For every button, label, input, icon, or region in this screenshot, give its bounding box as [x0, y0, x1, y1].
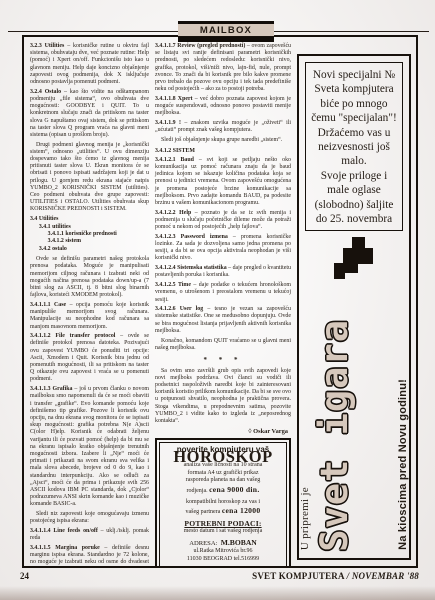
- author-byline: ◊ Oskar Varga: [155, 428, 288, 435]
- paragraph-text: Drugi podmeni glavnog menija je „korisni…: [30, 142, 149, 213]
- horoskop-price-2: cena 12000: [222, 506, 261, 515]
- paragraph: 3.4.1.1.8 Xpert– već dobro poznata zapov…: [155, 96, 291, 118]
- address-name: M.BOBAN: [221, 538, 257, 547]
- horoskop-offer-2-tail: vašeg partnera: [186, 509, 221, 515]
- ad-big-title: Svet igara: [313, 319, 356, 552]
- section-number: 3.4.1.1.8 Xpert: [155, 96, 195, 102]
- paragraph-text: Ovde se definišu parametri našeg protoko…: [30, 256, 149, 298]
- menu-listing: 3.4 Utilities 3.4.1 utilities 3.4.1.1 ko…: [30, 216, 149, 253]
- horoskop-address: ADRESA: M.BOBAN: [163, 539, 283, 547]
- page-footer: 24 SVET KOMPJUTERA / NOVEMBAR '88: [20, 571, 419, 581]
- horoskop-price-1: cena 9000 din.: [209, 485, 259, 494]
- address-label: ADRESA:: [189, 540, 217, 547]
- section-number: 3.4.1.1.3 Grafika: [30, 386, 74, 392]
- paragraph: 3.4.1.1.1 Case– opcija pomoću koje koris…: [30, 302, 149, 331]
- section-title: MAILBOX: [178, 24, 274, 36]
- paragraph: 3.4.1.1.4 Line feeds on/off– uklj./isklj…: [30, 528, 149, 542]
- paragraph: 3.4.1.1.3 Grafika– još u prvom članku o …: [30, 386, 149, 508]
- paragraph: 3.4.1.2.5 Time– daje podatke o tekućem h…: [155, 282, 291, 304]
- magazine-page: MAILBOX 3.2.3 Utilities– korisničke ruti…: [0, 0, 435, 600]
- paragraph-text: – kao što vidite na odštampanom podmenij…: [30, 89, 149, 138]
- paragraph-text: – još u prvom članku o novom mailboksu s…: [30, 386, 149, 507]
- horoskop-address-line: ul.Ratka Mitrovića br.96: [163, 548, 283, 555]
- paragraph-text: Sledi niz zapovesti koje omogućavaju izm…: [30, 511, 149, 524]
- section-number: 3.2.3 Utilities: [30, 43, 67, 49]
- paragraph: Sledi niz zapovesti koje omogućavaju izm…: [30, 511, 149, 525]
- paragraph: 3.4.1.1.9 !– znakom uzvika moguće je „ož…: [155, 120, 291, 134]
- article-column-left: 3.2.3 Utilities– korisničke rutine u okv…: [30, 43, 149, 560]
- paragraph: 3.4.1.2.6 User log– tesno je vezan sa za…: [155, 306, 291, 335]
- paragraph-text: Konačno, komandom QUIT vraćamo se u glav…: [155, 338, 291, 351]
- article-column-middle: 3.4.1.1.7 Review (pregled prednosti)– ov…: [155, 43, 291, 560]
- section-number: 3.4.1.1.4 Line feeds on/off: [30, 528, 101, 534]
- paragraph: 3.2.3 Utilities– korisničke rutine u okv…: [30, 43, 149, 86]
- section-number: 3.4.1.1.1 Case: [30, 302, 70, 308]
- horoskop-price-line: rodjenja. cena 9000 din.: [163, 486, 283, 495]
- horoskop-address-line: 11030 BEOGRAD tel.516999: [163, 556, 283, 563]
- subsection-heading: 3.4.1.2 SISTEM: [155, 148, 291, 155]
- paragraph: Konačno, komandom QUIT vraćamo se u glav…: [155, 338, 291, 352]
- ad-side-text-right: Na kioscima pred Novu godinu!: [397, 379, 409, 550]
- content-frame: 3.2.3 Utilities– korisničke rutine u okv…: [22, 35, 418, 568]
- section-number: 3.4.1.2.4 Sistemska statistika: [155, 265, 228, 271]
- heading-text: 3.4.1.2 SISTEM: [155, 148, 195, 154]
- paragraph: Sledi još objašnjenje skupa grupe naredb…: [155, 137, 291, 144]
- paragraph-text: Sledi još objašnjenje skupa grupe naredb…: [161, 137, 282, 143]
- paragraph: 3.2.4 Ostalo– kao što vidite na odštampa…: [30, 89, 149, 139]
- paragraph: 3.4.1.2.1 Baud– svi koji se petljaju neš…: [155, 157, 291, 207]
- paragraph: Sa ovim smo završili grub opis svih zapo…: [155, 368, 291, 426]
- paragraph: 3.4.1.2.2 Help– poznato je da se iz svih…: [155, 210, 291, 232]
- horoskop-body-tail: rodjenja.: [186, 488, 207, 494]
- section-number: 3.4.1.1.2 File transfer protocol: [30, 333, 120, 339]
- section-number: 3.4.1.2.5 Time: [155, 282, 193, 288]
- paragraph-text: – svi koji se petljaju nešto oko komunik…: [155, 157, 291, 206]
- issue-date: / NOVEMBAR '88: [347, 571, 419, 581]
- paragraph-text: Sa ovim smo završili grub opis svih zapo…: [155, 368, 291, 424]
- magazine-name: SVET KOMPJUTERA / NOVEMBAR '88: [252, 571, 419, 581]
- paragraph: 3.4.1.1.7 Review (pregled prednosti)– ov…: [155, 43, 291, 93]
- horoskop-ad: poverite kompjuteru vaš HOROSKOP analiza…: [155, 438, 291, 568]
- section-banner: MAILBOX: [178, 21, 274, 42]
- section-number: 3.4.1.1.5 Margina poruke: [30, 545, 104, 551]
- page-bottom-shadow: [0, 586, 435, 600]
- section-number: 3.4.1.2.6 User log: [155, 306, 207, 312]
- paragraph: 3.4.1.1.5 Margina poruke– definiše desnu…: [30, 545, 149, 568]
- paragraph: 3.4.1.2.3 Password izmena– promena koris…: [155, 234, 291, 263]
- horoskop-data-text: mesto datum i sat vašeg rodjenja: [163, 528, 283, 535]
- rotated-title-area: U pripremi je Svet igara Na kioscima pre…: [299, 294, 409, 558]
- paragraph: Ovde se definišu parametri našeg protoko…: [30, 256, 149, 299]
- paragraph-text: – korisničke rutine u okviru fajl sistem…: [30, 43, 149, 85]
- announcement-text: Novi specijalni № Sveta kompjutera biće …: [305, 62, 403, 231]
- horoskop-price-line-2: vašeg partnera cena 12000: [163, 507, 283, 516]
- section-number: 3.4.1.1.7 Review (pregled prednosti): [155, 43, 247, 49]
- section-number: 3.4.1.2.3 Password izmena: [155, 234, 233, 240]
- section-number: 3.4.1.2.2 Help: [155, 210, 195, 216]
- magazine-title: SVET KOMPJUTERA: [252, 571, 344, 581]
- svet-igara-ad: Novi specijalni № Sveta kompjutera biće …: [297, 54, 411, 560]
- ad-side-text-left: U pripremi je: [299, 487, 311, 550]
- paragraph-text: – ovde se definiše protokol prenosa dato…: [30, 333, 149, 382]
- horoskop-data-title: POTREBNI PODACI:: [163, 520, 283, 527]
- horoskop-title: HOROSKOP: [163, 453, 283, 460]
- horoskop-offer-2: kompatibilni horoskop za vas i: [163, 499, 283, 506]
- horoskop-ad-inner: poverite kompjuteru vaš HOROSKOP analiza…: [159, 442, 287, 568]
- paragraph: 3.4.1.1.2 File transfer protocol– ovde s…: [30, 333, 149, 383]
- section-number: 3.4.1.2.1 Baud: [155, 157, 199, 163]
- text-separator: * * *: [155, 357, 291, 364]
- section-number: 3.4.1.1.9 !: [155, 120, 184, 126]
- section-number: 3.2.4 Ostalo: [30, 89, 64, 95]
- page-number: 24: [20, 571, 29, 581]
- paragraph: 3.4.1.2.4 Sistemska statistika– daje pre…: [155, 265, 291, 279]
- paragraph: Drugi podmeni glavnog menija je „korisni…: [30, 142, 149, 214]
- banner-bar-bottom: [178, 37, 274, 42]
- paragraph-text: – ovom zapovešću se listaju svi ranije d…: [155, 43, 291, 92]
- pixel-logo-icon: [299, 237, 409, 287]
